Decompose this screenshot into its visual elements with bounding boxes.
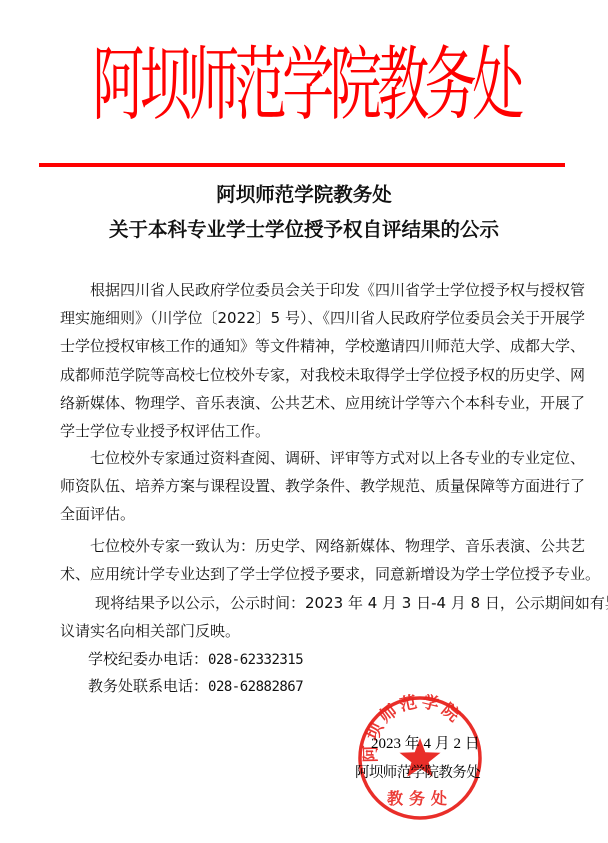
paragraph-line: 根据四川省人民政府学位委员会关于印发《四川省学士学位授予权与授权管	[60, 276, 542, 304]
paragraph-line: 议请实名向相关部门反映。	[60, 617, 542, 645]
paragraph-line: 师资队伍、培养方案与课程设置、教学条件、教学规范、质量保障等方面进行了	[60, 472, 542, 500]
signature-date: 2023 年 4 月 2 日	[371, 735, 480, 753]
signature-organization: 阿坝师范学院教务处	[355, 764, 480, 782]
masthead-divider	[39, 163, 565, 167]
paragraph-line: 学士学位专业授予权评估工作。	[60, 417, 542, 445]
contact-phone-number: 028-62332315	[208, 652, 303, 668]
paragraph-line: 术、应用统计学专业达到了学士学位授予要求，同意新增设为学士学位授予专业。	[60, 560, 542, 588]
masthead-title: 阿坝师范学院教务处	[92, 46, 520, 127]
paragraph-background: 根据四川省人民政府学位委员会关于印发《四川省学士学位授予权与授权管 理实施细则》…	[60, 276, 542, 445]
paragraph-conclusion: 七位校外专家一致认为：历史学、网络新媒体、物理学、音乐表演、公共艺 术、应用统计…	[60, 532, 542, 588]
contact-label: 学校纪委办电话：	[88, 650, 208, 668]
paragraph-line: 现将结果予以公示，公示时间：2023 年 4 月 3 日-4 月 8 日，公示期…	[60, 589, 542, 617]
paragraph-line: 理实施细则》（川学位〔2022〕5 号）、《四川省人民政府学位委员会关于开展学	[60, 304, 542, 332]
paragraph-line: 络新媒体、物理学、音乐表演、公共艺术、应用统计学等六个本科专业，开展了	[60, 389, 542, 417]
document-title-issuer: 阿坝师范学院教务处	[0, 183, 608, 207]
official-seal: 阿坝师范学院 教务处	[356, 694, 484, 822]
paragraph-line: 士学位授权审核工作的通知》等文件精神，学校邀请四川师范大学、成都大学、	[60, 332, 542, 360]
paragraph-line: 全面评估。	[60, 500, 542, 528]
paragraph-line: 七位校外专家通过资料查阅、调研、评审等方式对以上各专业的专业定位、	[60, 444, 542, 472]
paragraph-line: 成都师范学院等高校七位校外专家，对我校未取得学士学位授予权的历史学、网	[60, 361, 542, 389]
paragraph-evaluation: 七位校外专家通过资料查阅、调研、评审等方式对以上各专业的专业定位、 师资队伍、培…	[60, 444, 542, 529]
masthead: 阿坝师范学院教务处	[0, 46, 608, 128]
contact-discipline-office: 学校纪委办电话：028-62332315	[88, 649, 303, 670]
document-title-subject: 关于本科专业学士学位授予权自评结果的公示	[0, 218, 608, 242]
seal-graphic: 阿坝师范学院 教务处	[356, 694, 484, 822]
contact-phone-number: 028-62882867	[208, 679, 303, 695]
paragraph-publicity-period: 现将结果予以公示，公示时间：2023 年 4 月 3 日-4 月 8 日，公示期…	[60, 589, 542, 645]
seal-text-bottom: 教务处	[387, 789, 453, 808]
contact-academic-affairs: 教务处联系电话：028-62882867	[88, 676, 303, 697]
contact-label: 教务处联系电话：	[88, 677, 208, 695]
paragraph-line: 七位校外专家一致认为：历史学、网络新媒体、物理学、音乐表演、公共艺	[60, 532, 542, 560]
